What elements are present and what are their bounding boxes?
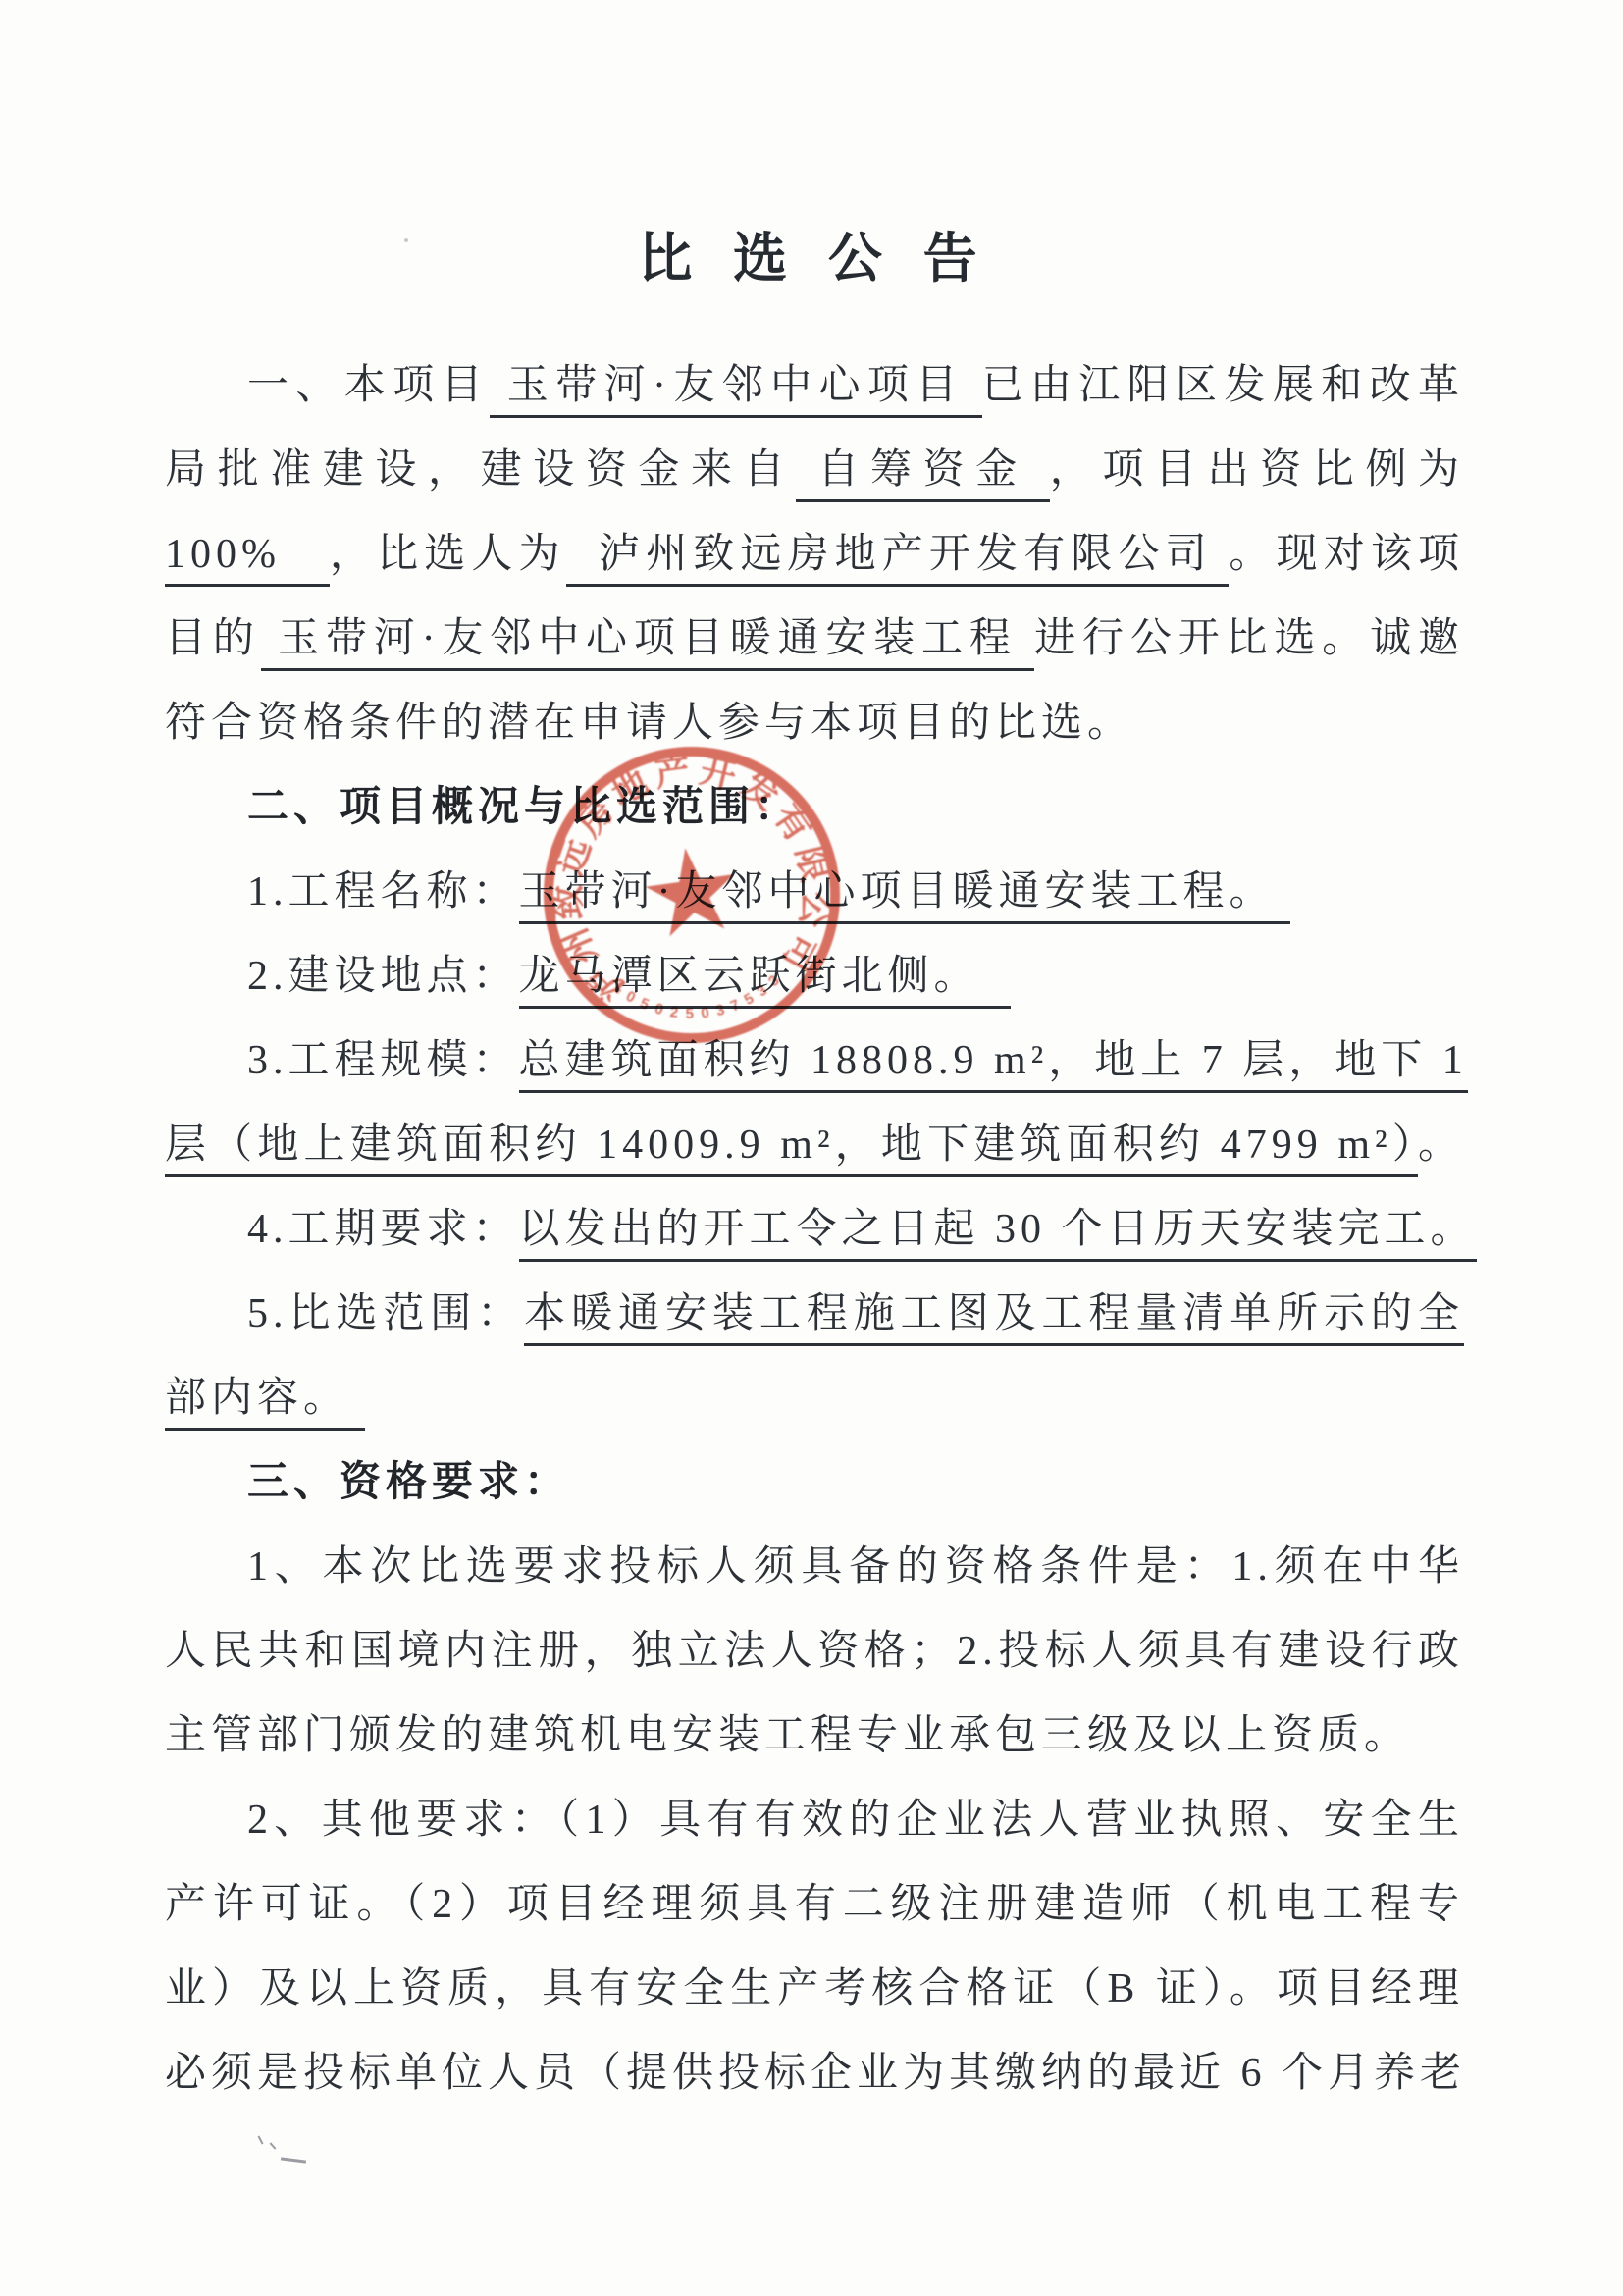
text-segment: 。现对该项 [1229,532,1464,577]
underlined-blank-text: 100% [165,532,330,587]
document-title: 比 选 公 告 [165,220,1464,298]
document-body: 比 选 公 告 一、本项目 玉带河·友邻中心项目 已由江阳区发展和改革局批准建设… [165,0,1464,2115]
text-segment: 2、其他要求：（1）具有有效的企业法人营业执照、安全生 [247,1798,1464,1843]
text-segment: 局批准建设，建设资金来自 [165,447,796,493]
underlined-blank-text: 泸州致远房地产开发有限公司 [566,532,1230,587]
text-segment: 5.比选范围： [247,1291,524,1336]
text-segment: 4.工期要求： [247,1207,519,1252]
text-segment: 已由江阳区发展和改革 [982,363,1464,408]
underlined-blank-text: 总建筑面积约 18808.9 m²，地上 7 层，地下 1 [519,1038,1468,1093]
text-line: 三、资格要求： [165,1440,1464,1525]
text-segment: 。 [1418,1122,1464,1168]
text-segment: 产许可证。（2）项目经理须具有二级注册建造师（机电工程专 [165,1882,1464,1927]
text-segment: 1.工程名称： [247,869,519,914]
underlined-blank-text: 玉带河·友邻中心项目暖通安装工程。 [519,869,1291,924]
text-line: 2、其他要求：（1）具有有效的企业法人营业执照、安全生 [165,1778,1464,1862]
text-segment: 2.建设地点： [247,954,519,999]
text-segment: 符合资格条件的潜在申请人参与本项目的比选。 [165,701,1133,746]
text-segment: 人民共和国境内注册，独立法人资格；2.投标人须具有建设行政 [165,1629,1464,1674]
text-segment: ，项目出资比例为 [1050,447,1464,493]
text-line: 主管部门颁发的建筑机电安装工程专业承包三级及以上资质。 [165,1694,1464,1778]
underlined-blank-text: 层（地上建筑面积约 14009.9 m²，地下建筑面积约 4799 m²） [165,1122,1418,1177]
text-line: 部内容。 [165,1356,1464,1440]
text-segment: 二、项目概况与比选范围： [247,785,801,830]
text-line: 人民共和国境内注册，独立法人资格；2.投标人须具有建设行政 [165,1609,1464,1694]
text-line: 1、本次比选要求投标人须具备的资格条件是：1.须在中华 [165,1525,1464,1609]
text-line: 必须是投标单位人员（提供投标企业为其缴纳的最近 6 个月养老 [165,2031,1464,2115]
text-line: 4.工期要求：以发出的开工令之日起 30 个日历天安装完工。 [165,1187,1464,1272]
underlined-blank-text: 本暖通安装工程施工图及工程量清单所示的全 [524,1291,1464,1346]
text-line: 二、项目概况与比选范围： [165,765,1464,850]
underlined-blank-text: 部内容。 [165,1376,365,1431]
text-segment: 进行公开比选。诚邀 [1034,616,1464,661]
text-segment: 必须是投标单位人员（提供投标企业为其缴纳的最近 6 个月养老 [165,2051,1466,2096]
text-line: 5.比选范围：本暖通安装工程施工图及工程量清单所示的全 [165,1272,1464,1356]
pen-mark [270,2142,277,2149]
text-line: 一、本项目 玉带河·友邻中心项目 已由江阳区发展和改革 [165,343,1464,428]
text-line: 3.工程规模：总建筑面积约 18808.9 m²，地上 7 层，地下 1 [165,1018,1464,1103]
text-line: 产许可证。（2）项目经理须具有二级注册建造师（机电工程专 [165,1862,1464,1947]
underlined-blank-text: 玉带河·友邻中心项目 [490,363,982,418]
text-line: 局批准建设，建设资金来自 自筹资金 ，项目出资比例为 [165,428,1464,512]
text-line: 2.建设地点：龙马潭区云跃街北侧。 [165,934,1464,1018]
text-segment: 1、本次比选要求投标人须具备的资格条件是：1.须在中华 [247,1544,1464,1590]
pen-mark [258,2136,264,2145]
pen-mark [281,2157,306,2163]
underlined-blank-text: 玉带河·友邻中心项目暖通安装工程 [261,616,1034,671]
text-line: 业）及以上资质，具有安全生产考核合格证（B 证）。项目经理 [165,1947,1464,2031]
text-segment: 目的 [165,616,261,661]
text-line: 符合资格条件的潜在申请人参与本项目的比选。 [165,681,1464,765]
text-line: 100% ，比选人为 泸州致远房地产开发有限公司 。现对该项 [165,512,1464,597]
text-segment: 业）及以上资质，具有安全生产考核合格证（B 证）。项目经理 [165,1966,1464,2011]
underlined-blank-text: 自筹资金 [796,447,1050,502]
text-line: 层（地上建筑面积约 14009.9 m²，地下建筑面积约 4799 m²）。 [165,1103,1464,1187]
text-line: 1.工程名称：玉带河·友邻中心项目暖通安装工程。 [165,850,1464,934]
text-segment: ，比选人为 [330,532,566,577]
text-line: 目的 玉带河·友邻中心项目暖通安装工程 进行公开比选。诚邀 [165,597,1464,681]
text-segment: 主管部门颁发的建筑机电安装工程专业承包三级及以上资质。 [165,1713,1410,1758]
scanned-document-page: 比 选 公 告 一、本项目 玉带河·友邻中心项目 已由江阳区发展和改革局批准建设… [0,0,1623,2296]
scan-speck [404,238,408,242]
text-segment: 3.工程规模： [247,1038,519,1083]
document-text-block: 一、本项目 玉带河·友邻中心项目 已由江阳区发展和改革局批准建设，建设资金来自 … [165,343,1464,2115]
text-segment: 三、资格要求： [247,1460,570,1505]
text-segment: 一、本项目 [247,363,490,408]
underlined-blank-text: 以发出的开工令之日起 30 个日历天安装完工。 [519,1207,1477,1262]
underlined-blank-text: 龙马潭区云跃街北侧。 [519,954,1011,1009]
